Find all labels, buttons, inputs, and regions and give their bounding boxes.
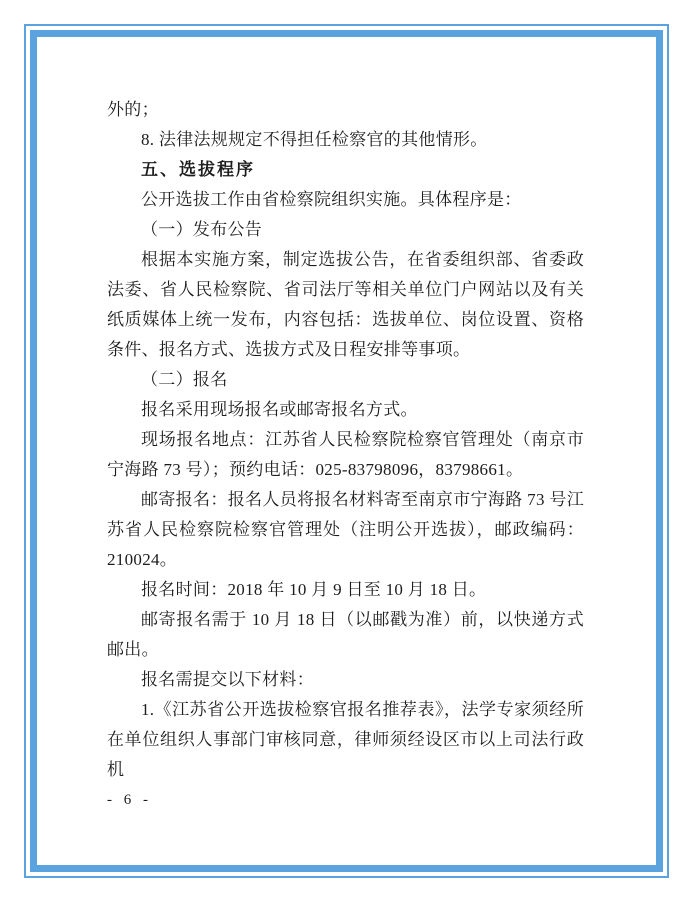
document-body: 外的； 8. 法律法规规定不得担任检察官的其他情形。 五、选拔程序 公开选拔工作…: [37, 37, 656, 865]
subsection-heading-announcement: （一）发布公告: [107, 215, 584, 245]
paragraph-list-item-8: 8. 法律法规规定不得担任检察官的其他情形。: [107, 125, 584, 155]
paragraph-registration-time: 报名时间：2018 年 10 月 9 日至 10 月 18 日。: [107, 575, 584, 605]
paragraph-announcement-detail: 根据本实施方案，制定选拔公告，在省委组织部、省委政法委、省人民检察院、省司法厅等…: [107, 245, 584, 365]
outer-border-frame: 外的； 8. 法律法规规定不得担任检察官的其他情形。 五、选拔程序 公开选拔工作…: [24, 24, 669, 878]
paragraph-onsite-registration: 现场报名地点：江苏省人民检察院检察官管理处（南京市宁海路 73 号）；预约电话：…: [107, 425, 584, 485]
paragraph-mail-registration: 邮寄报名：报名人员将报名材料寄至南京市宁海路 73 号江苏省人民检察院检察官管理…: [107, 485, 584, 575]
paragraph-mail-deadline: 邮寄报名需于 10 月 18 日（以邮戳为准）前，以快递方式邮出。: [107, 605, 584, 665]
paragraph-registration-methods: 报名采用现场报名或邮寄报名方式。: [107, 395, 584, 425]
section-heading-5: 五、选拔程序: [107, 155, 584, 185]
page-number: - 6 -: [107, 792, 152, 809]
paragraph-procedure-intro: 公开选拔工作由省检察院组织实施。具体程序是：: [107, 185, 584, 215]
paragraph-continuation: 外的；: [107, 95, 584, 125]
paragraph-materials-intro: 报名需提交以下材料：: [107, 665, 584, 695]
subsection-heading-registration: （二）报名: [107, 365, 584, 395]
document-page: 外的； 8. 法律法规规定不得担任检察官的其他情形。 五、选拔程序 公开选拔工作…: [0, 0, 695, 902]
inner-border-frame: 外的； 8. 法律法规规定不得担任检察官的其他情形。 五、选拔程序 公开选拔工作…: [30, 30, 663, 872]
paragraph-material-item-1: 1.《江苏省公开选拔检察官报名推荐表》，法学专家须经所在单位组织人事部门审核同意…: [107, 695, 584, 785]
